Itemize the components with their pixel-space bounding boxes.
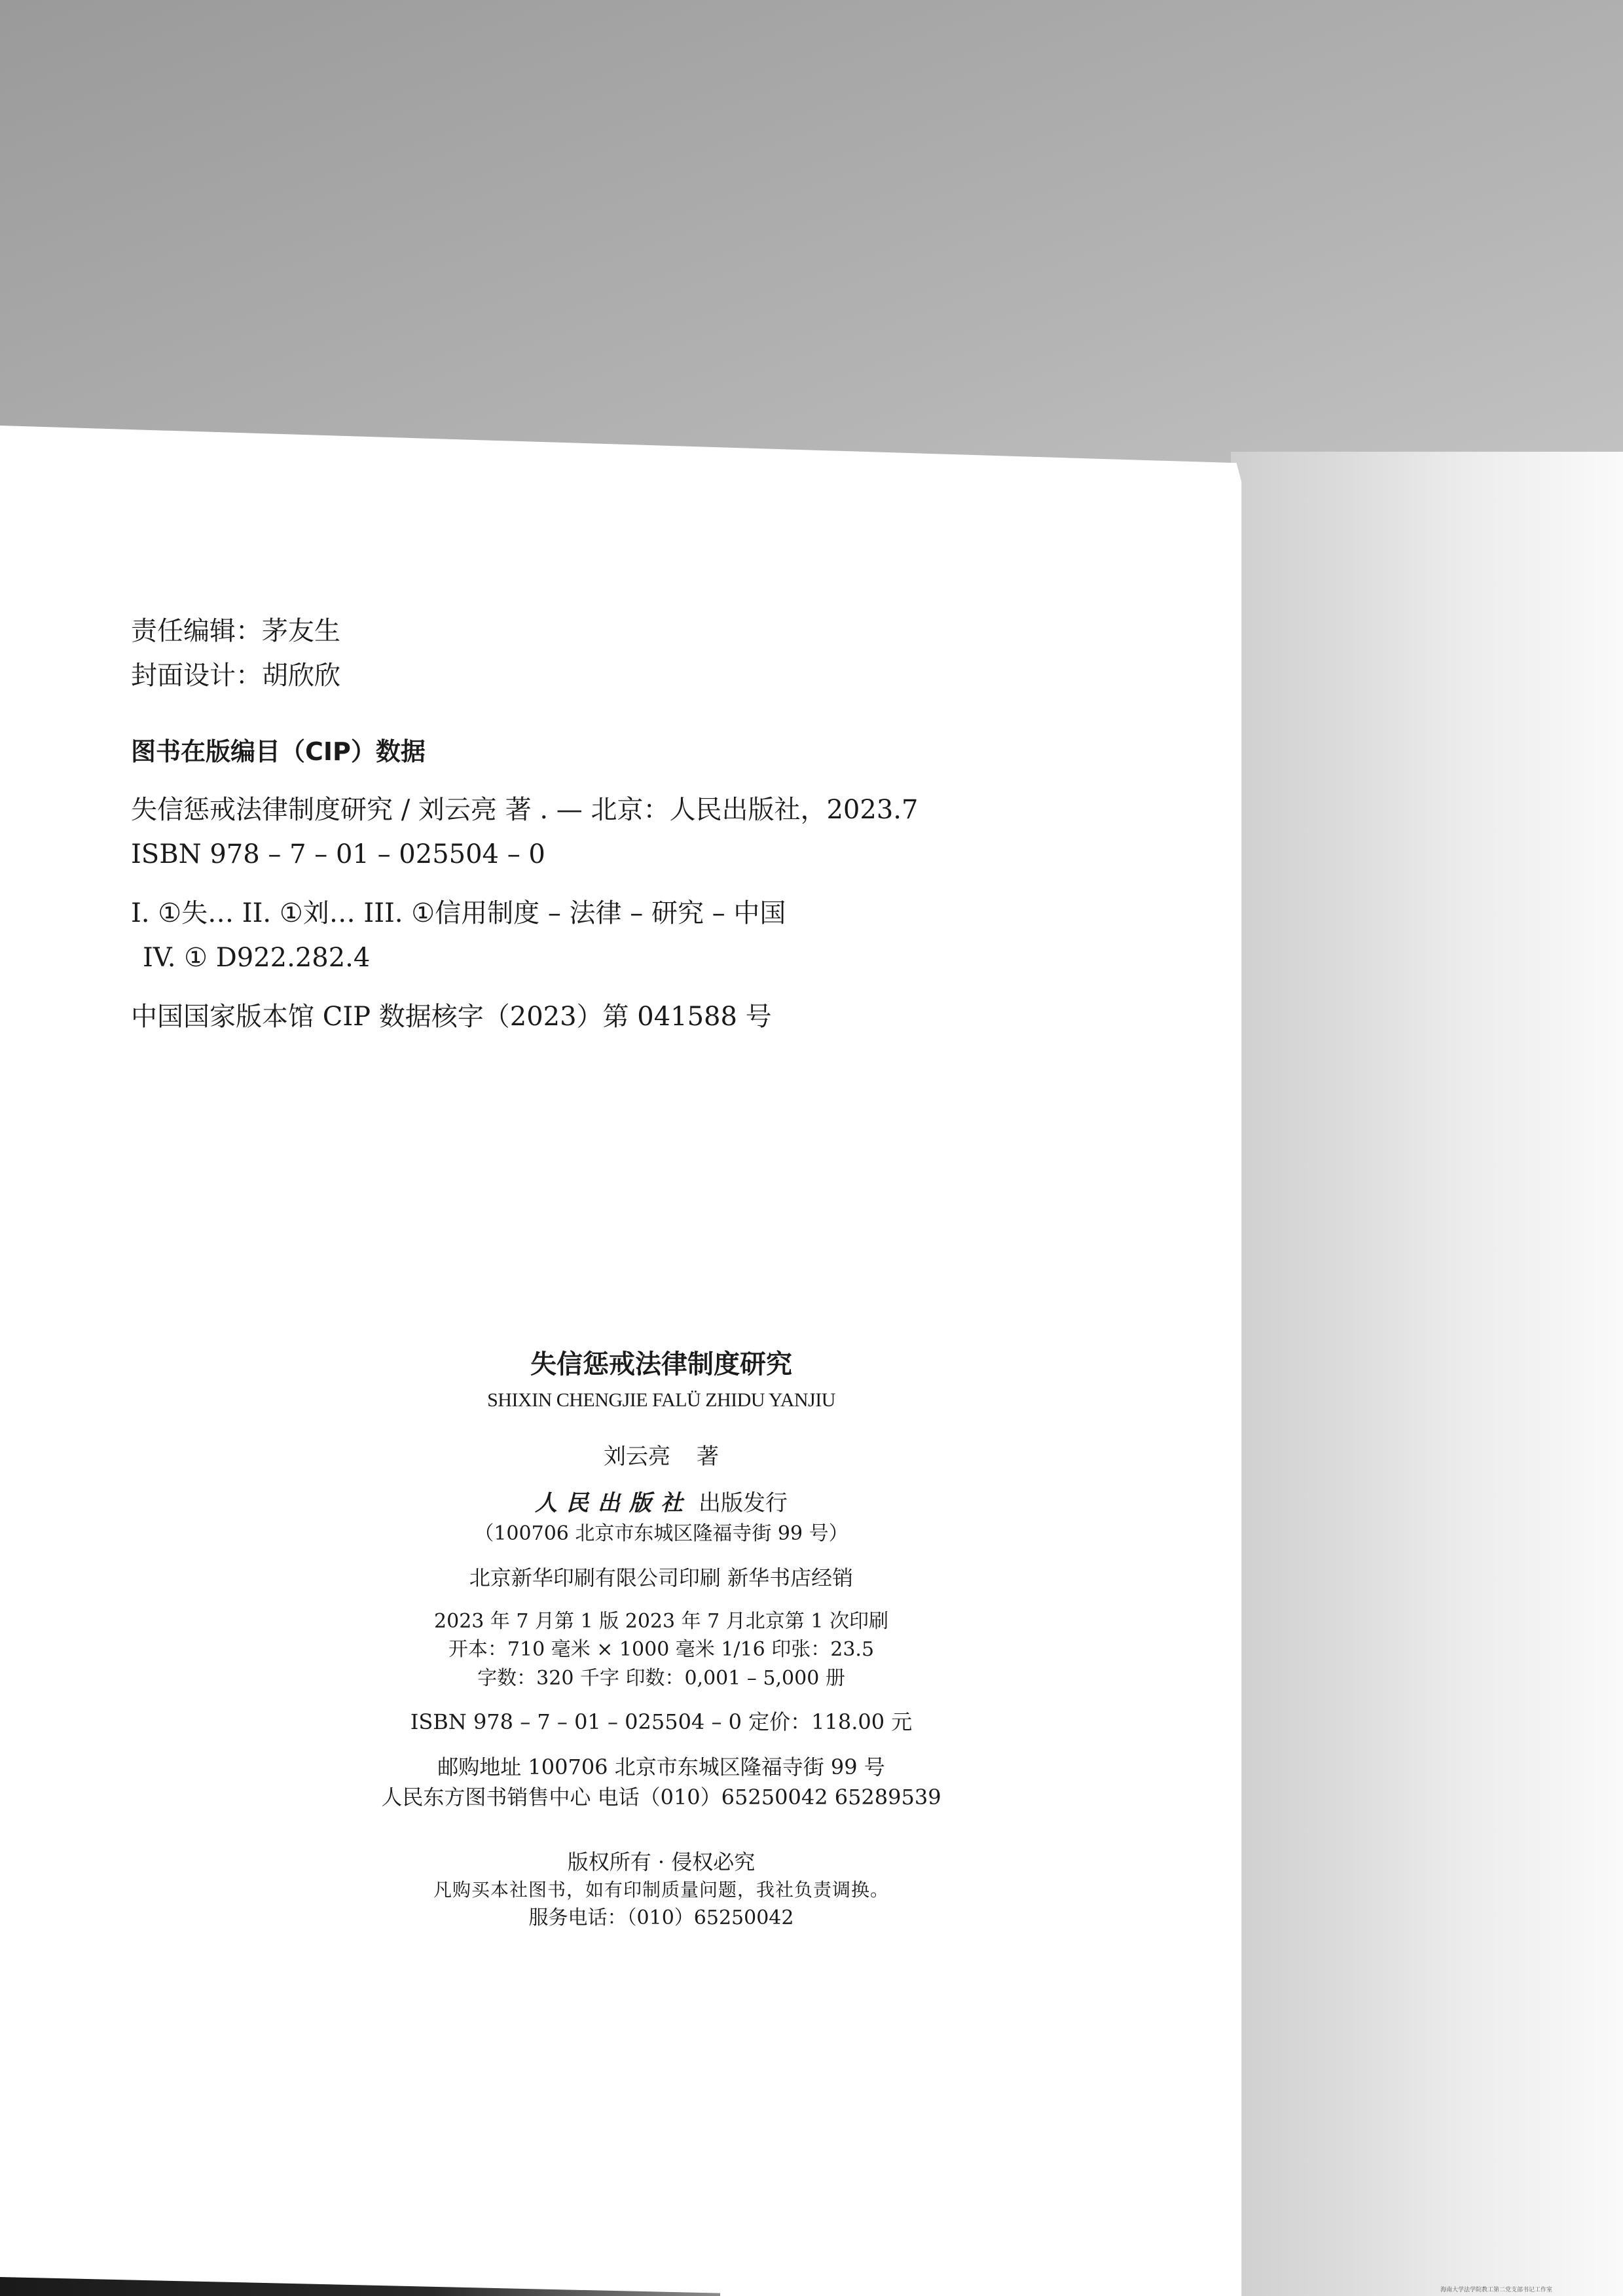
editor-line: 责任编辑：茅友生 xyxy=(131,609,918,653)
book-title: 失信惩戒法律制度研究 xyxy=(249,1345,1074,1383)
scan-background-shade xyxy=(1231,452,1623,2296)
format-line: 开本：710 毫米 × 1000 毫米 1/16 印张：23.5 xyxy=(249,1635,1074,1664)
colophon-section: 失信惩戒法律制度研究 SHIXIN CHENGJIE FALÜ ZHIDU YA… xyxy=(249,1345,1074,1932)
cip-isbn: ISBN 978 – 7 – 01 – 025504 – 0 xyxy=(131,832,918,877)
designer-label: 封面设计： xyxy=(131,661,262,691)
mail-address-line: 邮购地址 100706 北京市东城区隆福寺街 99 号 xyxy=(249,1752,1074,1782)
watermark-text: 海南大学法学院教工第二党支部书记工作室 xyxy=(1440,2285,1552,2293)
copyright-line: 版权所有 · 侵权必究 xyxy=(249,1847,1074,1877)
printer-line: 北京新华印刷有限公司印刷 新华书店经销 xyxy=(249,1563,1074,1593)
publisher-logo-text: 人民出版社 xyxy=(535,1490,692,1516)
publisher-line: 人民出版社出版发行 xyxy=(249,1487,1074,1520)
cip-approval: 中国国家版本馆 CIP 数据核字（2023）第 041588 号 xyxy=(131,994,918,1039)
publisher-address: （100706 北京市东城区隆福寺街 99 号） xyxy=(249,1520,1074,1548)
publisher-action: 出版发行 xyxy=(699,1490,788,1516)
book-title-pinyin: SHIXIN CHENGJIE FALÜ ZHIDU YANJIU xyxy=(249,1386,1074,1415)
designer-name: 胡欣欣 xyxy=(262,661,340,691)
editor-label: 责任编辑： xyxy=(131,616,262,646)
designer-line: 封面设计：胡欣欣 xyxy=(131,653,918,698)
cip-heading: 图书在版编目（CIP）数据 xyxy=(131,731,918,773)
sales-center-line: 人民东方图书销售中心 电话（010）65250042 65289539 xyxy=(249,1782,1074,1812)
isbn-price-line: ISBN 978 – 7 – 01 – 025504 – 0 定价：118.00… xyxy=(249,1707,1074,1737)
cip-subjects-2: IV. ① D922.282.4 xyxy=(131,936,918,980)
service-phone: 服务电话：（010）65250042 xyxy=(249,1904,1074,1933)
cip-section: 责任编辑：茅友生 封面设计：胡欣欣 图书在版编目（CIP）数据 失信惩戒法律制度… xyxy=(131,609,918,1039)
cip-subjects-1: I. ①失… II. ①刘… III. ①信用制度 – 法律 – 研究 – 中国 xyxy=(131,891,918,936)
author-name: 刘云亮 xyxy=(604,1444,670,1470)
edition-line: 2023 年 7 月第 1 版 2023 年 7 月北京第 1 次印刷 xyxy=(249,1607,1074,1636)
editor-name: 茅友生 xyxy=(262,616,340,646)
quality-note: 凡购买本社图书，如有印制质量问题，我社负责调换。 xyxy=(249,1877,1074,1904)
author-role: 著 xyxy=(697,1444,719,1470)
author-line: 刘云亮著 xyxy=(249,1441,1074,1473)
wordcount-line: 字数：320 千字 印数：0,001 – 5,000 册 xyxy=(249,1664,1074,1693)
cip-entry: 失信惩戒法律制度研究 / 刘云亮 著 . — 北京：人民出版社，2023.7 xyxy=(131,788,918,832)
